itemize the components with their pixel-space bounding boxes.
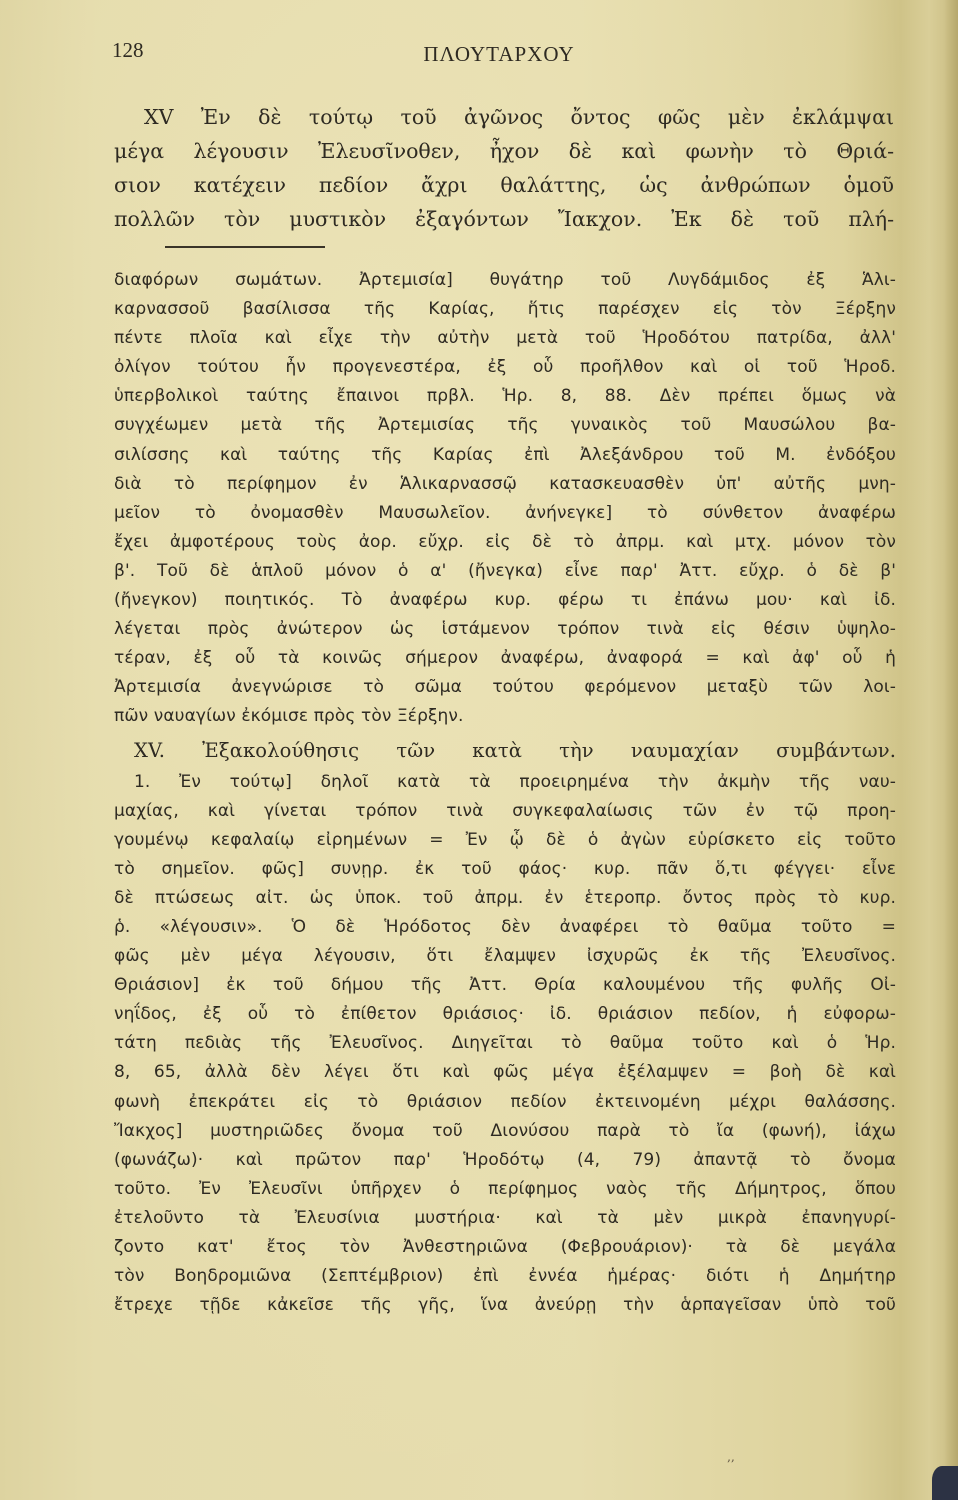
section-heading: XV. Ἐξακολούθησις τῶν κατὰ τὴν ναυμαχίαν… — [114, 734, 896, 768]
note-line: 8, 65, ἀλλὰ δὲν λέγει ὅτι καὶ φῶς μέγα ἐ… — [114, 1058, 896, 1087]
note-line: Θριάσιον] ἐκ τοῦ δήμου τῆς Ἀττ. Θρία καλ… — [114, 971, 896, 1000]
note-line: καρνασσοῦ βασίλισσα τῆς Καρίας, ἥτις παρ… — [114, 295, 896, 324]
note-line: ἔχει ἀμφοτέρους τοὺς ἀορ. εὔχρ. εἰς δὲ τ… — [114, 528, 896, 557]
note-line: τὸ σημεῖον. φῶς] συνῃρ. ἐκ τοῦ φάος· κυρ… — [114, 855, 896, 884]
note-line: μαχίας, καὶ γίνεται τρόπον τινὰ συγκεφαλ… — [114, 797, 896, 826]
main-text-block: XV Ἐν δὲ τούτῳ τοῦ ἀγῶνος ὄντος φῶς μὲν … — [114, 100, 894, 236]
note-line: Ἀρτεμισία ἀνεγνώρισε τὸ σῶμα τούτου φερό… — [114, 673, 896, 702]
note-line: συγχέωμεν μετὰ τῆς Ἀρτεμισίας τῆς γυναικ… — [114, 411, 896, 440]
note-line: νηΐδος, ἐξ οὗ τὸ ἐπίθετον θριάσιος· ἰδ. … — [114, 1000, 896, 1029]
main-text-line: σιον κατέχειν πεδίον ἄχρι θαλάττης, ὡς ἀ… — [114, 168, 894, 202]
note-line: ἐτελοῦντο τὰ Ἐλευσίνια μυστήρια· καὶ τὰ … — [114, 1204, 896, 1233]
running-title: ΠΛΟΥΤΑΡΧΟΥ — [0, 42, 958, 67]
note-line: τάτη πεδιὰς τῆς Ἐλευσῖνος. Διηγεῖται τὸ … — [114, 1029, 896, 1058]
scan-corner-shadow — [932, 1466, 958, 1500]
page-spine-shadow — [944, 0, 958, 1500]
main-text-line: μέγα λέγουσιν Ἐλευσῖνοθεν, ἦχον δὲ καὶ φ… — [114, 134, 894, 168]
note-line: φωνὴ ἐπεκράτει εἰς τὸ θριάσιον πεδίον ἐκ… — [114, 1088, 896, 1117]
note-line: ὀλίγον τούτου ἦν προγενεστέρα, ἐξ οὗ προ… — [114, 353, 896, 382]
note-line: τὸν Βοηδρομιῶνα (Σεπτέμβριον) ἐπὶ ἐννέα … — [114, 1262, 896, 1291]
note-line: διαφόρων σωμάτων. Ἀρτεμισία] θυγάτηρ τοῦ… — [114, 266, 896, 295]
main-text-line: XV Ἐν δὲ τούτῳ τοῦ ἀγῶνος ὄντος φῶς μὲν … — [114, 100, 894, 134]
note-line: μεῖον τὸ ὀνομασθὲν Μαυσωλεῖον. ἀνήνεγκε]… — [114, 499, 896, 528]
note-line: διὰ τὸ περίφημον ἐν Ἁλικαρνασσῷ κατασκευ… — [114, 470, 896, 499]
note-line: Ἴακχος] μυστηριῶδες ὄνομα τοῦ Διονύσου π… — [114, 1117, 896, 1146]
note-line: ἔτρεχε τῇδε κἀκεῖσε τῆς γῆς, ἵνα ἀνεύρῃ … — [114, 1291, 896, 1320]
note-line: φῶς μὲν μέγα λέγουσιν, ὅτι ἔλαμψεν ἰσχυρ… — [114, 942, 896, 971]
note-line: πῶν ναυαγίων ἐκόμισε πρὸς τὸν Ξέρξην. — [114, 702, 896, 731]
book-page: 128 ΠΛΟΥΤΑΡΧΟΥ XV Ἐν δὲ τούτῳ τοῦ ἀγῶνος… — [0, 0, 958, 1500]
note-line: (φωνάζω)· καὶ πρῶτον παρ' Ἡροδότῳ (4, 79… — [114, 1146, 896, 1175]
note-line: σιλίσσης καὶ ταύτης τῆς Καρίας ἐπὶ Ἀλεξά… — [114, 441, 896, 470]
note-line: λέγεται πρὸς ἀνώτερον ὡς ἱστάμενον τρόπο… — [114, 615, 896, 644]
note-line: πέντε πλοῖα καὶ εἶχε τὴν αὐτὴν μετὰ τοῦ … — [114, 324, 896, 353]
footnote-separator — [165, 246, 325, 248]
note-line: ζοντο κατ' ἔτος τὸν Ἀνθεστηριῶνα (Φεβρου… — [114, 1233, 896, 1262]
note-line: 1. Ἐν τούτῳ] δηλοῖ κατὰ τὰ προειρημένα τ… — [114, 768, 896, 797]
stray-ink-mark: ‚‚ — [727, 1450, 735, 1464]
note-line: τοῦτο. Ἐν Ἐλευσῖνι ὑπῆρχεν ὁ περίφημος ν… — [114, 1175, 896, 1204]
note-line: β'. Τοῦ δὲ ἁπλοῦ μόνον ὁ α' (ἤνεγκα) εἶν… — [114, 557, 896, 586]
note-line: ῥ. «λέγουσιν». Ὁ δὲ Ἡρόδοτος δὲν ἀναφέρε… — [114, 913, 896, 942]
note-line: δὲ πτώσεως αἰτ. ὡς ὑποκ. τοῦ ἀπρμ. ἐν ἑτ… — [114, 884, 896, 913]
commentary-notes: διαφόρων σωμάτων. Ἀρτεμισία] θυγάτηρ τοῦ… — [114, 266, 896, 1320]
note-line: γουμένῳ κεφαλαίῳ εἰρημένων = Ἐν ᾧ δὲ ὁ ἀ… — [114, 826, 896, 855]
note-line: ὑπερβολικοὶ ταύτης ἔπαινοι πρβλ. Ἡρ. 8, … — [114, 382, 896, 411]
note-line: (ἤνεγκον) ποιητικός. Τὸ ἀναφέρω κυρ. φέρ… — [114, 586, 896, 615]
main-text-line: πολλῶν τὸν μυστικὸν ἐξαγόντων Ἴακχον. Ἐκ… — [114, 202, 894, 236]
note-line: τέραν, ἐξ οὗ τὰ κοινῶς σήμερον ἀναφέρω, … — [114, 644, 896, 673]
